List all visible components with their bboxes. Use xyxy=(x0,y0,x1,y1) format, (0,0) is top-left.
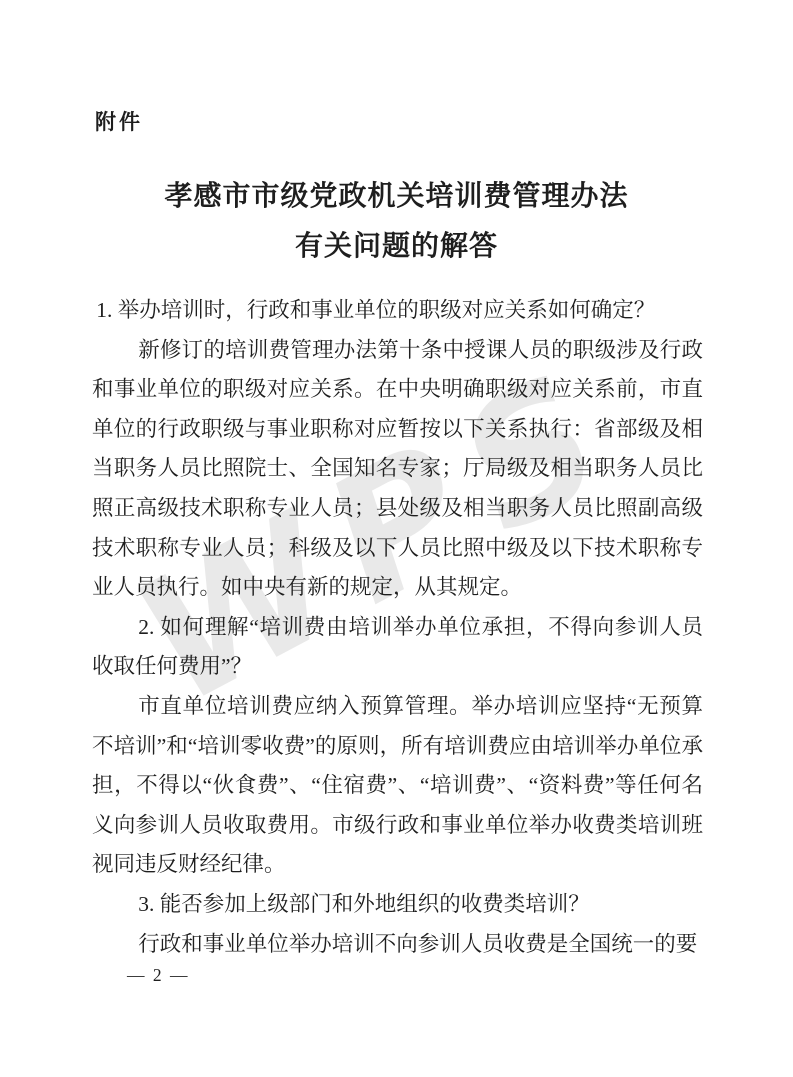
answer-3-partial: 行政和事业单位举办培训不向参训人员收费是全国统一的要 xyxy=(92,925,703,965)
document-title: 孝感市市级党政机关培训费管理办法 有关问题的解答 xyxy=(0,172,793,272)
title-line-1: 孝感市市级党政机关培训费管理办法 xyxy=(0,172,793,222)
attachment-label: 附件 xyxy=(95,106,143,136)
question-2: 2. 如何理解“培训费由培训举办单位承担，不得向参训人员收取任何费用”？ xyxy=(92,608,703,687)
question-1: 1. 举办培训时，行政和事业单位的职级对应关系如何确定？ xyxy=(92,291,703,331)
question-3: 3. 能否参加上级部门和外地组织的收费类培训？ xyxy=(92,885,703,925)
answer-2: 市直单位培训费应纳入预算管理。举办培训应坚持“无预算不培训”和“培训零收费”的原… xyxy=(92,687,703,885)
page-number: — 2 — xyxy=(127,965,190,986)
title-line-2: 有关问题的解答 xyxy=(0,222,793,272)
document-page: WPS 附件 孝感市市级党政机关培训费管理办法 有关问题的解答 1. 举办培训时… xyxy=(0,0,793,1077)
answer-1: 新修订的培训费管理办法第十条中授课人员的职级涉及行政和事业单位的职级对应关系。在… xyxy=(92,331,703,608)
document-body: 1. 举办培训时，行政和事业单位的职级对应关系如何确定？ 新修订的培训费管理办法… xyxy=(92,291,703,964)
